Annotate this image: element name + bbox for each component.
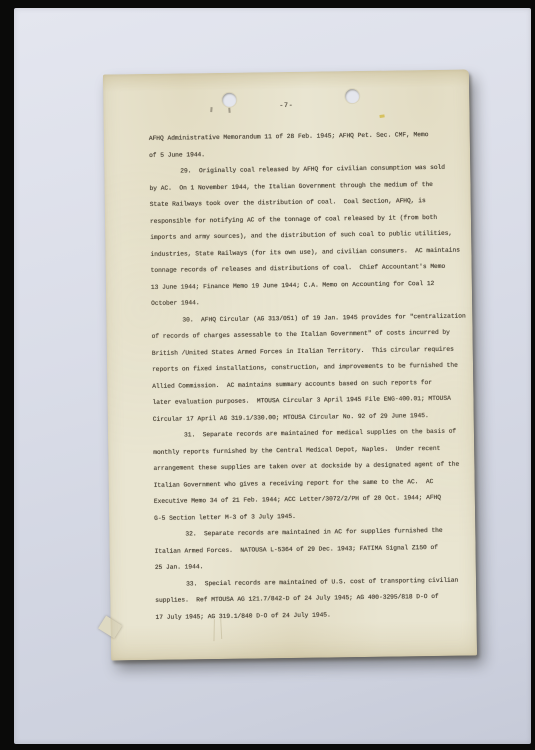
paper-crease (213, 619, 215, 641)
document-page: -7- AFHQ Administrative Memorandum 11 of… (103, 69, 477, 660)
stray-mark (228, 108, 230, 113)
punch-hole-left (222, 93, 236, 107)
page-number: -7- (253, 102, 319, 111)
document-text: AFHQ Administrative Memorandum 11 of 28 … (149, 126, 478, 625)
stray-mark (379, 114, 384, 117)
photo-background: -7- AFHQ Administrative Memorandum 11 of… (0, 0, 535, 750)
punch-hole-right (345, 89, 359, 103)
stray-mark (210, 107, 212, 112)
